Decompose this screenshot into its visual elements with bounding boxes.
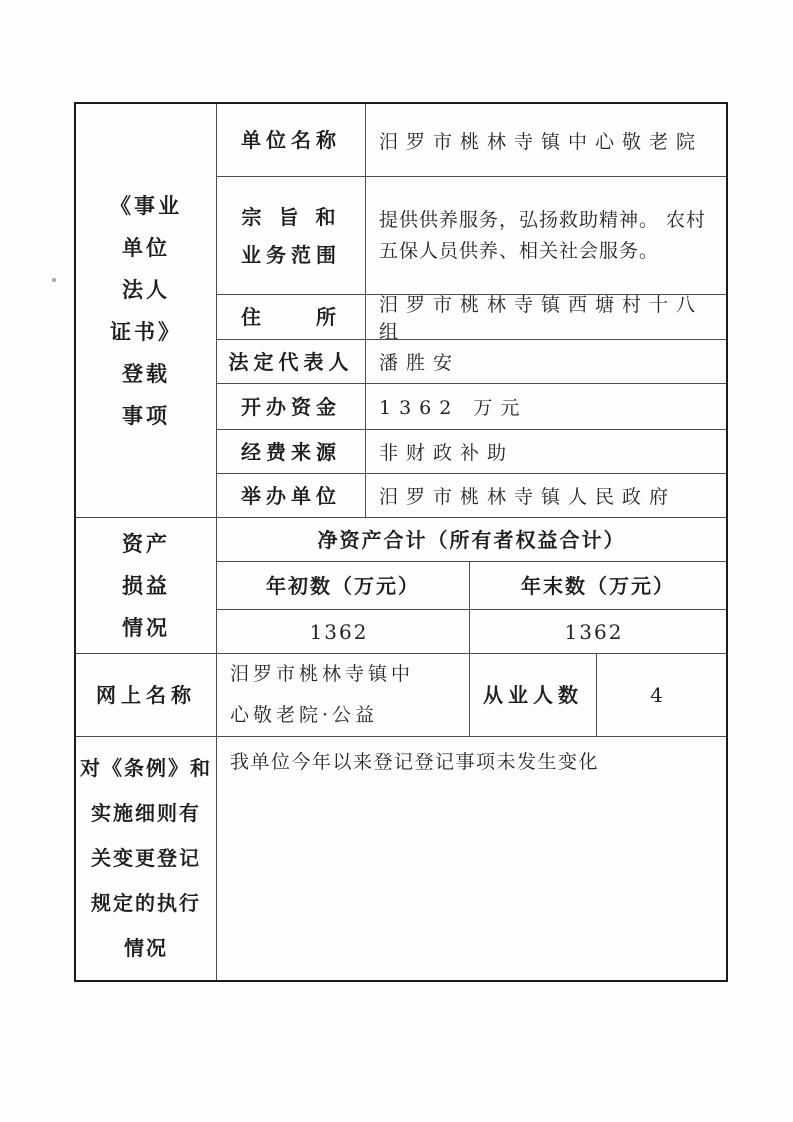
- year-begin-label: 年初数（万元）: [217, 562, 470, 610]
- regulation-header-line: 对《条例》和: [80, 746, 212, 791]
- regulation-header-line: 实施细则有: [91, 791, 201, 836]
- online-name-value: 汨罗市桃林寺镇中心敬老院·公益: [217, 654, 470, 737]
- unit-name-value: 汨罗市桃林寺镇中心敬老院: [366, 104, 726, 177]
- year-end-label: 年末数（万元）: [470, 562, 726, 610]
- legal-rep-label: 法定代表人: [217, 340, 366, 384]
- certificate-header-line: 《事业: [110, 185, 182, 227]
- legal-rep-value: 潘胜安: [366, 340, 726, 384]
- mission-value: 提供供养服务，弘扬救助精神。 农村五保人员供养、相关社会服务。: [366, 177, 726, 295]
- certificate-header-line: 法人: [122, 269, 170, 311]
- annual-report-form-table: 《事业 单位 法人 证书》 登载 事项 单位名称 汨罗市桃林寺镇中心敬老院 宗 …: [74, 102, 728, 982]
- unit-name-label: 单位名称: [217, 104, 366, 177]
- mission-label-line1: 宗 旨 和: [242, 198, 341, 236]
- year-end-value: 1362: [470, 610, 726, 654]
- scan-speck: [52, 278, 56, 282]
- staff-count-label: 从业人数: [470, 654, 597, 737]
- year-begin-value: 1362: [217, 610, 470, 654]
- organizer-value: 汨罗市桃林寺镇人民政府: [366, 474, 726, 518]
- online-name-label: 网上名称: [76, 654, 217, 737]
- regulation-header-line: 关变更登记: [91, 836, 201, 881]
- funding-source-label: 经费来源: [217, 430, 366, 474]
- net-assets-total-label: 净资产合计（所有者权益合计）: [217, 518, 726, 562]
- regulation-header-line: 情况: [124, 926, 168, 971]
- assets-header-line: 损益: [122, 565, 170, 607]
- certificate-header-line: 事项: [122, 395, 170, 437]
- assets-section-header: 资产 损益 情况: [76, 518, 217, 654]
- assets-header-line: 情况: [122, 607, 170, 649]
- certificate-header-line: 证书》: [110, 311, 182, 353]
- capital-value: 1362 万元: [366, 384, 726, 430]
- staff-count-value: 4: [597, 654, 726, 737]
- scanned-annual-report-page: 《事业 单位 法人 证书》 登载 事项 单位名称 汨罗市桃林寺镇中心敬老院 宗 …: [0, 0, 793, 1122]
- regulation-section-header: 对《条例》和 实施细则有 关变更登记 规定的执行 情况: [76, 737, 217, 980]
- certificate-header-line: 单位: [122, 227, 170, 269]
- certificate-header-line: 登载: [122, 353, 170, 395]
- assets-header-line: 资产: [122, 523, 170, 565]
- address-label: 住 所: [217, 295, 366, 340]
- mission-label-line2: 业务范围: [241, 236, 341, 274]
- regulation-value: 我单位今年以来登记登记事项未发生变化: [217, 737, 726, 980]
- capital-label: 开办资金: [217, 384, 366, 430]
- mission-label: 宗 旨 和 业务范围: [217, 177, 366, 295]
- certificate-section-header: 《事业 单位 法人 证书》 登载 事项: [76, 104, 217, 518]
- funding-source-value: 非财政补助: [366, 430, 726, 474]
- address-value: 汨罗市桃林寺镇西塘村十八组: [366, 295, 726, 340]
- regulation-header-line: 规定的执行: [91, 881, 201, 926]
- organizer-label: 举办单位: [217, 474, 366, 518]
